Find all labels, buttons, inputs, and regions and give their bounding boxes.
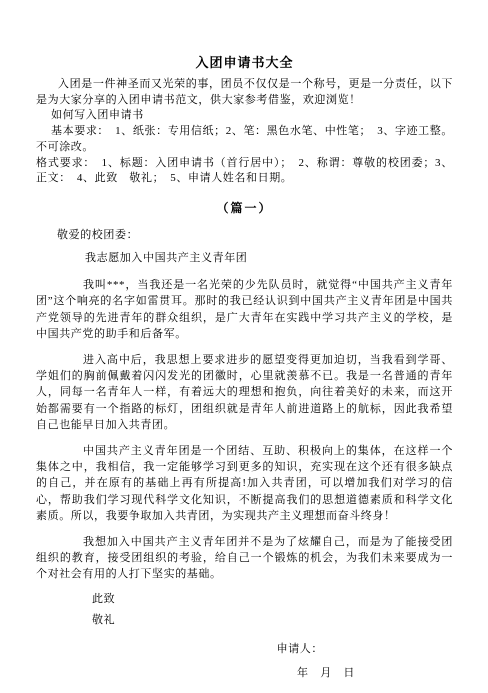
- doc-title: 入团申请书大全: [36, 52, 453, 71]
- body-paragraph: 中国共产主义青年团是一个团结、互助、积极向上的集体，在这样一个集体之中，我相信，…: [36, 443, 453, 525]
- format-requirements: 格式要求： 1、标题：入团申请书（首行居中）； 2、称谓：尊敬的校团委；3、正文…: [36, 156, 453, 187]
- pledge-line: 我志愿加入中国共产主义青年团: [36, 251, 453, 266]
- body-paragraph: 我叫***，当我还是一名光荣的少先队员时，就觉得“中国共产主义青年团”这个响亮的…: [36, 277, 453, 343]
- howto-heading: 如何写入团申请书: [36, 108, 453, 124]
- intro-paragraph: 入团是一件神圣而又光荣的事，团员不仅仅是一个称号，更是一分责任，以下是为大家分享…: [36, 77, 453, 108]
- section-heading-part-one: （篇一）: [36, 199, 453, 216]
- salutation: 敬爱的校团委：: [36, 228, 453, 243]
- body-paragraph: 进入高中后，我思想上要求进步的愿望变得更加迫切，当我看到学哥、学姐们的胸前佩戴着…: [36, 352, 453, 434]
- date-line: 年 月 日: [36, 666, 453, 681]
- closing-cizhi: 此致: [36, 592, 453, 607]
- basic-requirements: 基本要求： 1、纸张：专用信纸；2、笔：黑色水笔、中性笔； 3、字迹工整。不可涂…: [36, 124, 453, 155]
- closing-jingli: 敬礼: [36, 613, 453, 628]
- applicant-label: 申请人：: [36, 642, 453, 657]
- body-paragraph: 我想加入中国共产主义青年团并不是为了炫耀自己，而是为了能接受团组织的教育，接受团…: [36, 534, 453, 583]
- document-page: 入团申请书大全 入团是一件神圣而又光荣的事，团员不仅仅是一个称号，更是一分责任，…: [0, 0, 488, 693]
